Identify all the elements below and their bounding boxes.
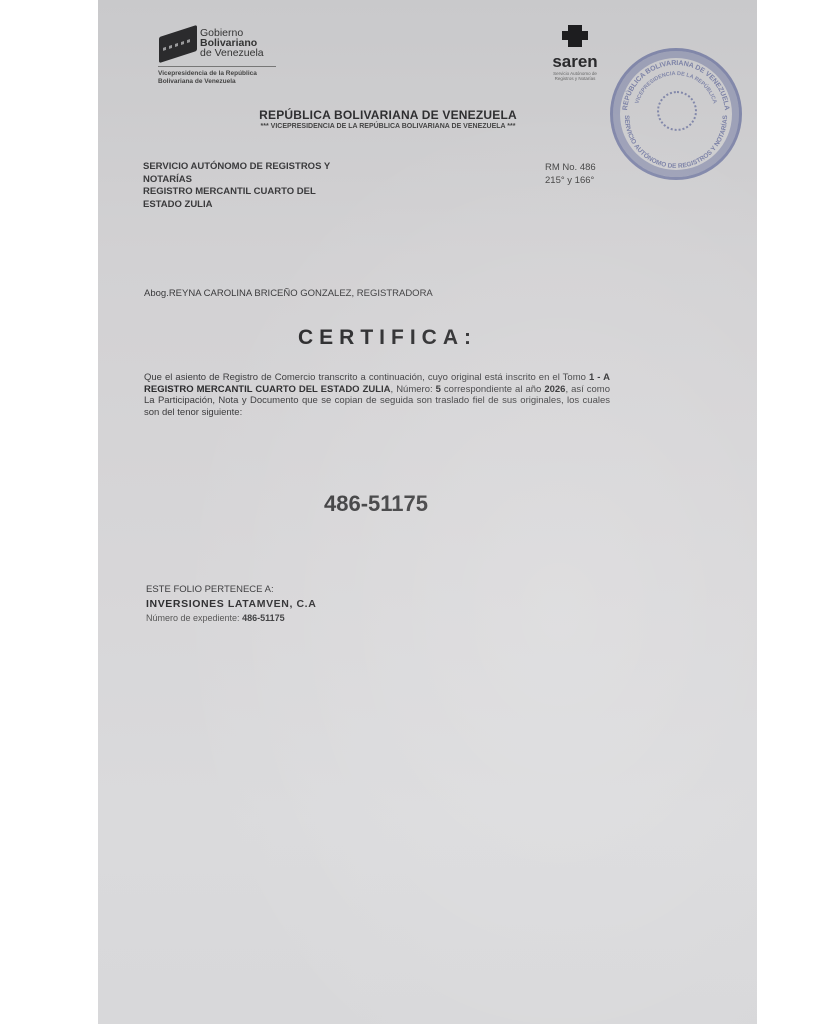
years-text: 215° y 166° <box>545 175 596 188</box>
gobierno-logo-text: Gobierno Bolivariano de Venezuela <box>200 28 264 58</box>
saren-subtitle: Servicio Autónomo de Registros y Notaría… <box>544 71 606 81</box>
venezuela-flag-icon <box>159 25 197 63</box>
body-text-2: , Número: <box>391 384 436 395</box>
certification-paragraph: Que el asiento de Registro de Comercio t… <box>144 372 610 419</box>
office-line-2: NOTARÍAS <box>143 174 373 187</box>
expediente-label: Número de expediente: <box>146 613 242 623</box>
document-subtitle: *** VICEPRESIDENCIA DE LA REPÚBLICA BOLI… <box>98 123 678 130</box>
saren-subtitle-line-2: Registros y Notarías <box>544 76 606 81</box>
gobierno-line-3: de Venezuela <box>200 48 264 58</box>
document-page: Gobierno Bolivariano de Venezuela Vicepr… <box>98 0 757 1024</box>
certifica-heading: CERTIFICA: <box>298 326 477 350</box>
body-text-3: correspondiente al año <box>441 384 544 395</box>
saren-logo: saren Servicio Autónomo de Registros y N… <box>544 25 606 91</box>
office-line-4: ESTADO ZULIA <box>143 199 373 212</box>
expediente-line: Número de expediente: 486-51175 <box>146 611 316 625</box>
registrar-name: Abog.REYNA CAROLINA BRICEÑO GONZALEZ, RE… <box>144 288 433 299</box>
saren-cross-icon <box>562 25 588 47</box>
company-name: INVERSIONES LATAMVEN, C.A <box>146 597 316 611</box>
logo-divider <box>158 66 276 67</box>
saren-wordmark: saren <box>544 53 606 71</box>
gobierno-logo-subtitle: Vicepresidencia de la República Bolivari… <box>158 70 257 86</box>
expediente-number-large: 486-51175 <box>324 491 428 517</box>
office-line-1: SERVICIO AUTÓNOMO DE REGISTROS Y <box>143 161 373 174</box>
registry-reference: RM No. 486 215° y 166° <box>545 162 596 187</box>
rm-number: RM No. 486 <box>545 162 596 175</box>
office-name: SERVICIO AUTÓNOMO DE REGISTROS Y NOTARÍA… <box>143 161 373 211</box>
gobierno-bolivariano-logo: Gobierno Bolivariano de Venezuela Vicepr… <box>156 26 286 88</box>
folio-block: ESTE FOLIO PERTENECE A: INVERSIONES LATA… <box>146 583 316 625</box>
folio-label: ESTE FOLIO PERTENECE A: <box>146 583 316 597</box>
office-line-3: REGISTRO MERCANTIL CUARTO DEL <box>143 186 373 199</box>
document-title: REPÚBLICA BOLIVARIANA DE VENEZUELA <box>98 108 678 122</box>
gobierno-subtitle-line-1: Vicepresidencia de la República <box>158 70 257 78</box>
body-text-1: Que el asiento de Registro de Comercio t… <box>144 372 589 383</box>
gobierno-subtitle-line-2: Bolivariana de Venezuela <box>158 78 257 86</box>
expediente-value: 486-51175 <box>242 613 285 623</box>
anio-value: 2026 <box>544 384 565 395</box>
